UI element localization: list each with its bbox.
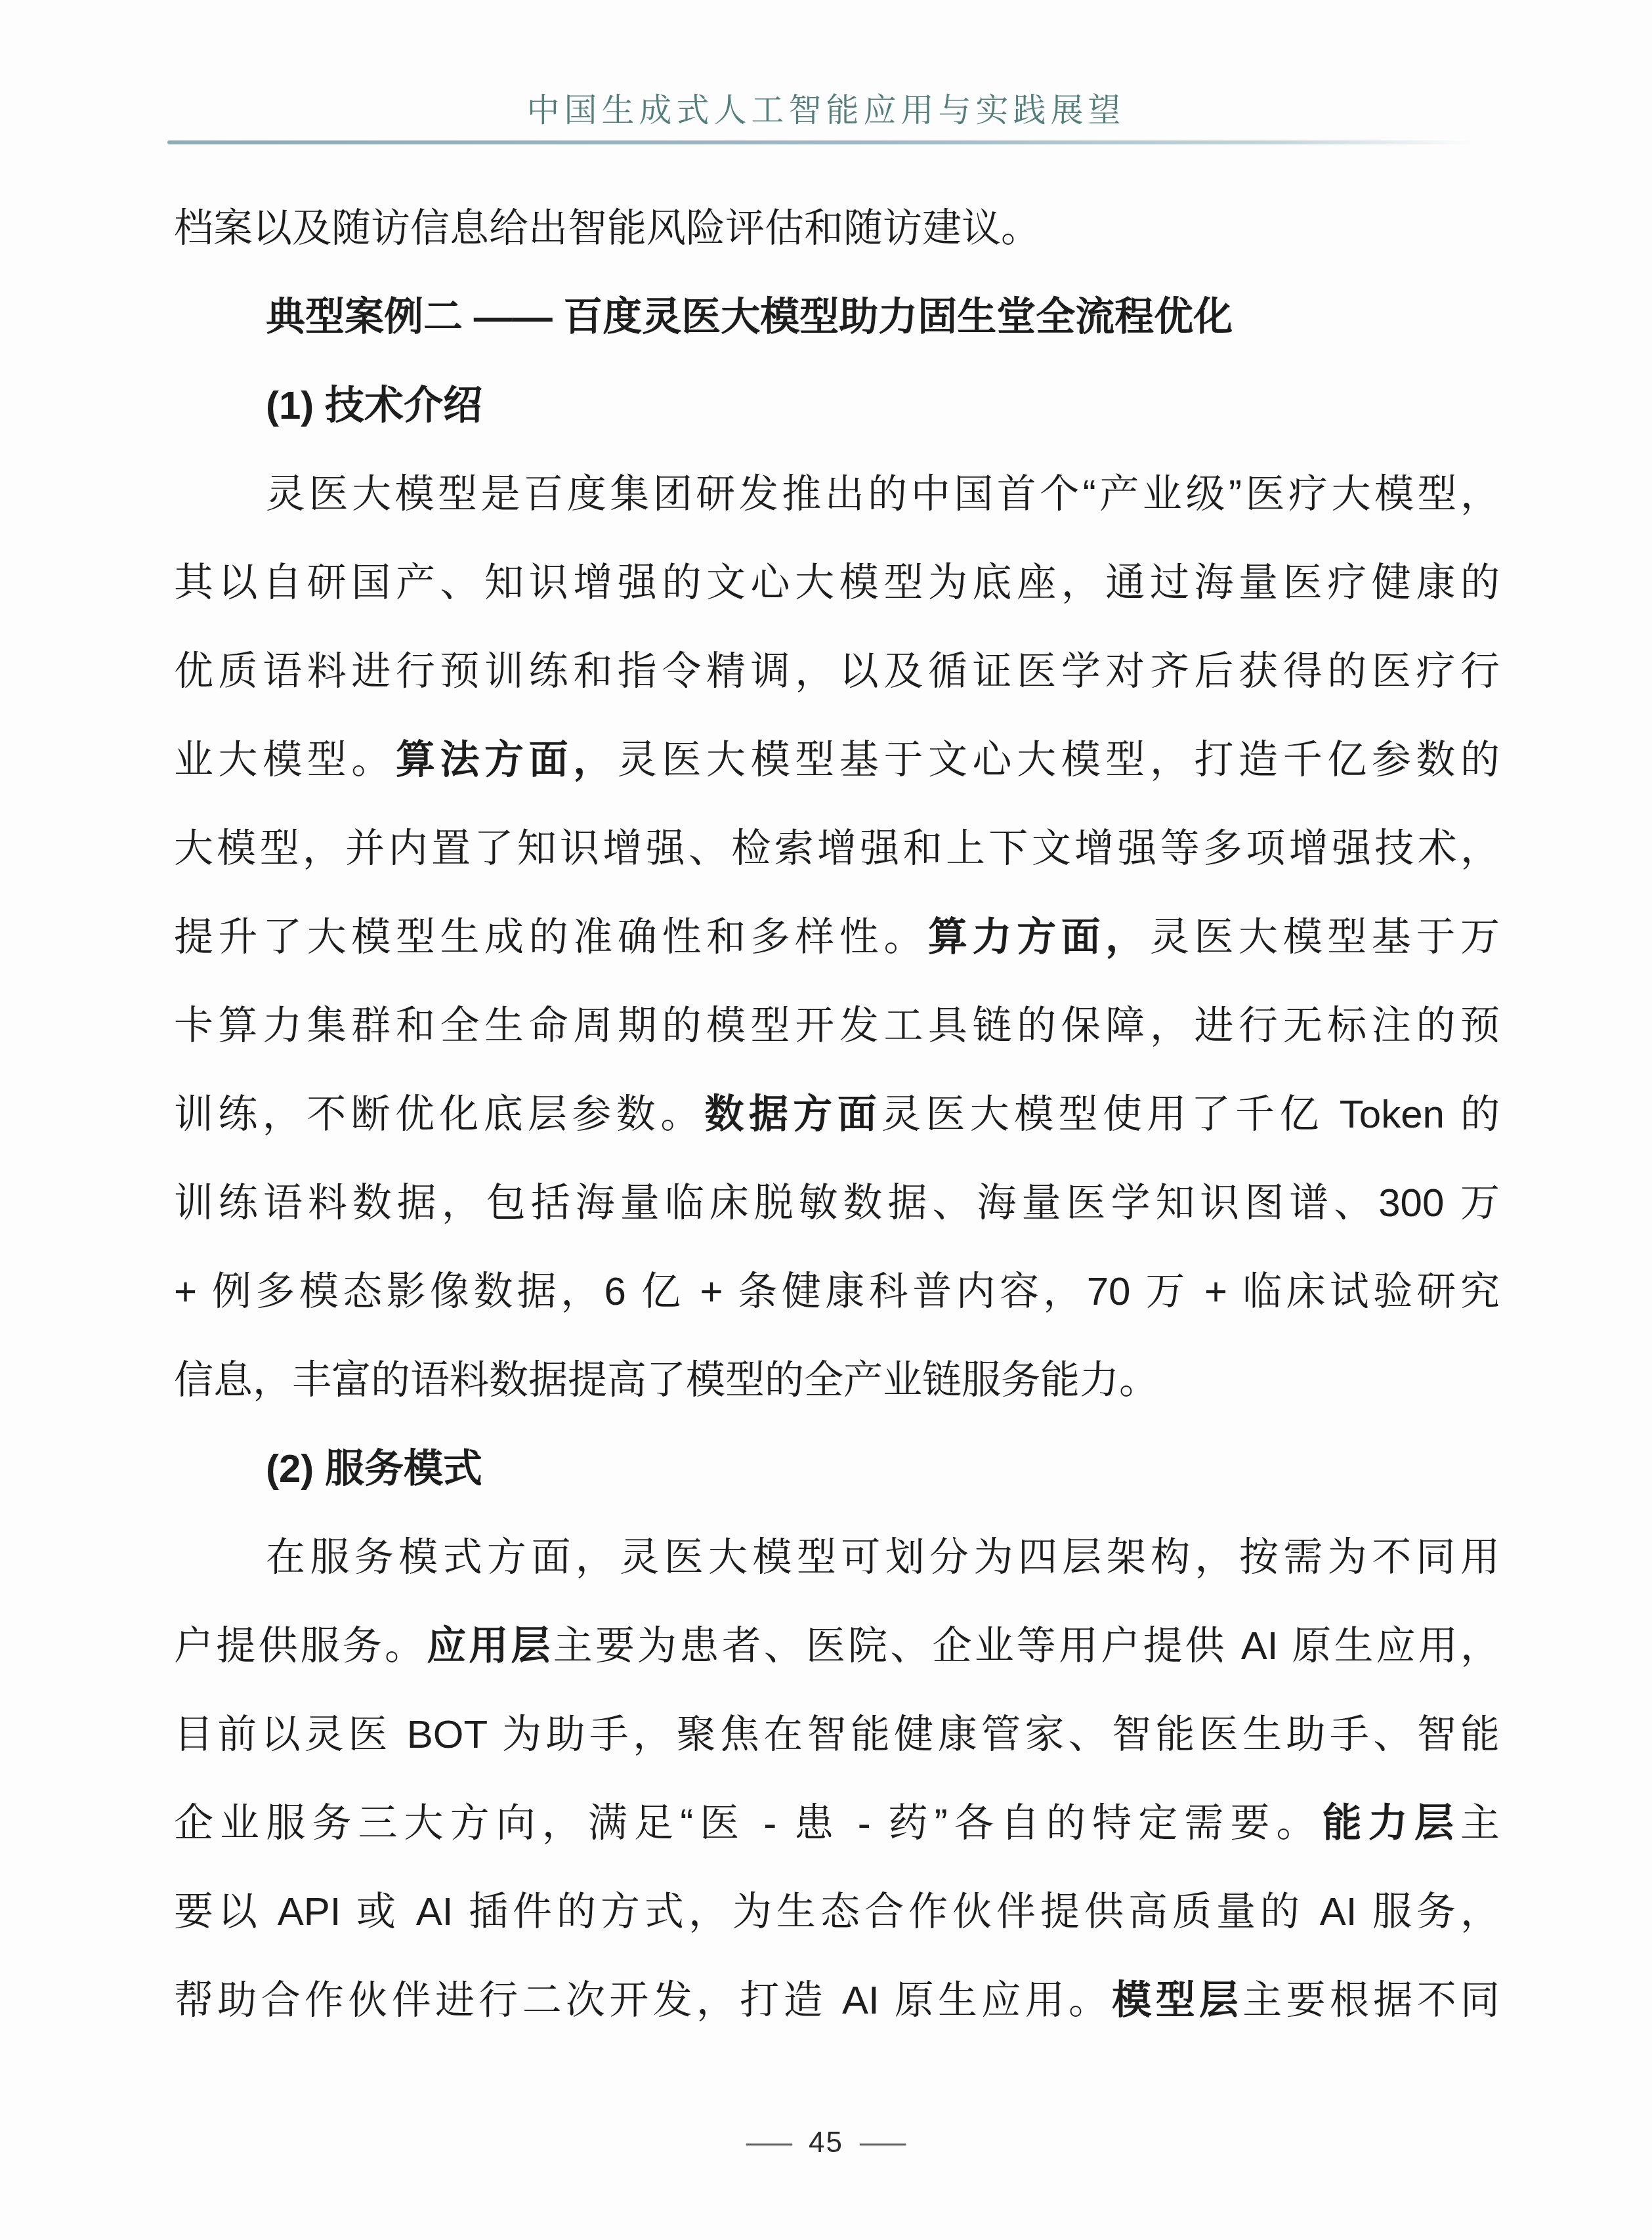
body-line: 大模型，并内置了知识增强、检索增强和上下文增强等多项增强技术， bbox=[174, 804, 1500, 893]
document-body: 档案以及随访信息给出智能风险评估和随访建议。典型案例二 —— 百度灵医大模型助力… bbox=[174, 184, 1500, 2044]
body-line: 信息，丰富的语料数据提高了模型的全产业链服务能力。 bbox=[174, 1336, 1500, 1424]
text-run: 主 bbox=[1460, 1801, 1500, 1845]
text-run: 灵医大模型是百度集团研发推出的中国首个“产业级”医疗大模型， bbox=[266, 472, 1500, 516]
text-run: 在服务模式方面，灵医大模型可划分为四层架构，按需为不同用 bbox=[266, 1535, 1500, 1579]
page-number: 45 bbox=[809, 2126, 843, 2159]
body-line: 训练，不断优化底层参数。数据方面灵医大模型使用了千亿 Token 的 bbox=[174, 1070, 1500, 1158]
text-run: 档案以及随访信息给出智能风险评估和随访建议。 bbox=[174, 206, 1040, 250]
text-run: 灵医大模型使用了千亿 Token 的 bbox=[881, 1092, 1500, 1136]
body-line: 优质语料进行预训练和指令精调，以及循证医学对齐后获得的医疗行 bbox=[174, 627, 1500, 715]
text-run: 训练语料数据，包括海量临床脱敏数据、海量医学知识图谱、300 万 bbox=[174, 1181, 1500, 1225]
body-line: 目前以灵医 BOT 为助手，聚焦在智能健康管家、智能医生助手、智能 bbox=[174, 1690, 1500, 1779]
bold-run: 算力方面， bbox=[928, 915, 1150, 959]
text-run: + 例多模态影像数据，6 亿 + 条健康科普内容，70 万 + 临床试验研究 bbox=[174, 1269, 1500, 1313]
body-line: 档案以及随访信息给出智能风险评估和随访建议。 bbox=[174, 184, 1500, 272]
text-run: 训练，不断优化底层参数。 bbox=[174, 1092, 705, 1136]
running-header-title: 中国生成式人工智能应用与实践展望 bbox=[0, 84, 1652, 131]
bold-run: 典型案例二 —— 百度灵医大模型助力固生堂全流程优化 bbox=[266, 295, 1233, 339]
body-line: 训练语料数据，包括海量临床脱敏数据、海量医学知识图谱、300 万 bbox=[174, 1158, 1500, 1247]
body-line: 户提供服务。应用层主要为患者、医院、企业等用户提供 AI 原生应用， bbox=[174, 1601, 1500, 1690]
subsection-heading: (2) 服务模式 bbox=[174, 1424, 1500, 1513]
text-run: 业大模型。 bbox=[174, 738, 396, 782]
section-heading: 典型案例二 —— 百度灵医大模型助力固生堂全流程优化 bbox=[174, 272, 1500, 361]
text-run: 卡算力集群和全生命周期的模型开发工具链的保障，进行无标注的预 bbox=[174, 1004, 1500, 1047]
body-line: 业大模型。算法方面，灵医大模型基于文心大模型，打造千亿参数的 bbox=[174, 715, 1500, 804]
text-run: 灵医大模型基于万 bbox=[1150, 915, 1500, 959]
body-line: 帮助合作伙伴进行二次开发，打造 AI 原生应用。模型层主要根据不同 bbox=[174, 1956, 1500, 2044]
text-run: 灵医大模型基于文心大模型，打造千亿参数的 bbox=[618, 738, 1500, 782]
text-run: 优质语料进行预训练和指令精调，以及循证医学对齐后获得的医疗行 bbox=[174, 649, 1500, 693]
body-line: 在服务模式方面，灵医大模型可划分为四层架构，按需为不同用 bbox=[174, 1513, 1500, 1601]
text-run: 目前以灵医 BOT 为助手，聚焦在智能健康管家、智能医生助手、智能 bbox=[174, 1712, 1500, 1756]
text-run: 企业服务三大方向，满足“医 - 患 - 药”各自的特定需要。 bbox=[174, 1801, 1323, 1845]
text-run: 其以自研国产、知识增强的文心大模型为底座，通过海量医疗健康的 bbox=[174, 560, 1500, 604]
body-line: 灵医大模型是百度集团研发推出的中国首个“产业级”医疗大模型， bbox=[174, 450, 1500, 538]
document-page: 中国生成式人工智能应用与实践展望 档案以及随访信息给出智能风险评估和随访建议。典… bbox=[0, 0, 1652, 2240]
body-line: 提升了大模型生成的准确性和多样性。算力方面，灵医大模型基于万 bbox=[174, 893, 1500, 981]
text-run: 提升了大模型生成的准确性和多样性。 bbox=[174, 915, 928, 959]
text-run: 信息，丰富的语料数据提高了模型的全产业链服务能力。 bbox=[174, 1358, 1158, 1402]
text-run: 要以 API 或 AI 插件的方式，为生态合作伙伴提供高质量的 AI 服务， bbox=[174, 1890, 1500, 1934]
bold-run: 能力层 bbox=[1323, 1801, 1460, 1845]
document-lines: 档案以及随访信息给出智能风险评估和随访建议。典型案例二 —— 百度灵医大模型助力… bbox=[174, 184, 1500, 2044]
page-footer: — 45 — bbox=[0, 2126, 1652, 2159]
text-run: 户提供服务。 bbox=[174, 1624, 427, 1668]
body-line: 卡算力集群和全生命周期的模型开发工具链的保障，进行无标注的预 bbox=[174, 981, 1500, 1070]
body-line: 其以自研国产、知识增强的文心大模型为底座，通过海量医疗健康的 bbox=[174, 538, 1500, 627]
text-run: 大模型，并内置了知识增强、检索增强和上下文增强等多项增强技术， bbox=[174, 826, 1500, 870]
footer-dash-left: — bbox=[746, 2126, 792, 2159]
footer-dash-right: — bbox=[860, 2126, 906, 2159]
bold-run: 模型层 bbox=[1112, 1978, 1242, 2022]
bold-run: (1) 技术介绍 bbox=[266, 383, 482, 427]
text-run: 帮助合作伙伴进行二次开发，打造 AI 原生应用。 bbox=[174, 1978, 1112, 2022]
bold-run: 应用层 bbox=[427, 1624, 553, 1668]
bold-run: 数据方面 bbox=[705, 1092, 882, 1136]
body-line: 要以 API 或 AI 插件的方式，为生态合作伙伴提供高质量的 AI 服务， bbox=[174, 1867, 1500, 1956]
body-line: 企业服务三大方向，满足“医 - 患 - 药”各自的特定需要。能力层主 bbox=[174, 1779, 1500, 1867]
text-run: 主要根据不同 bbox=[1242, 1978, 1500, 2022]
header-rule bbox=[167, 140, 1473, 144]
text-run: 主要为患者、医院、企业等用户提供 AI 原生应用， bbox=[553, 1624, 1500, 1668]
body-line: + 例多模态影像数据，6 亿 + 条健康科普内容，70 万 + 临床试验研究 bbox=[174, 1247, 1500, 1336]
bold-run: (2) 服务模式 bbox=[266, 1447, 482, 1490]
bold-run: 算法方面， bbox=[396, 738, 618, 782]
subsection-heading: (1) 技术介绍 bbox=[174, 361, 1500, 450]
